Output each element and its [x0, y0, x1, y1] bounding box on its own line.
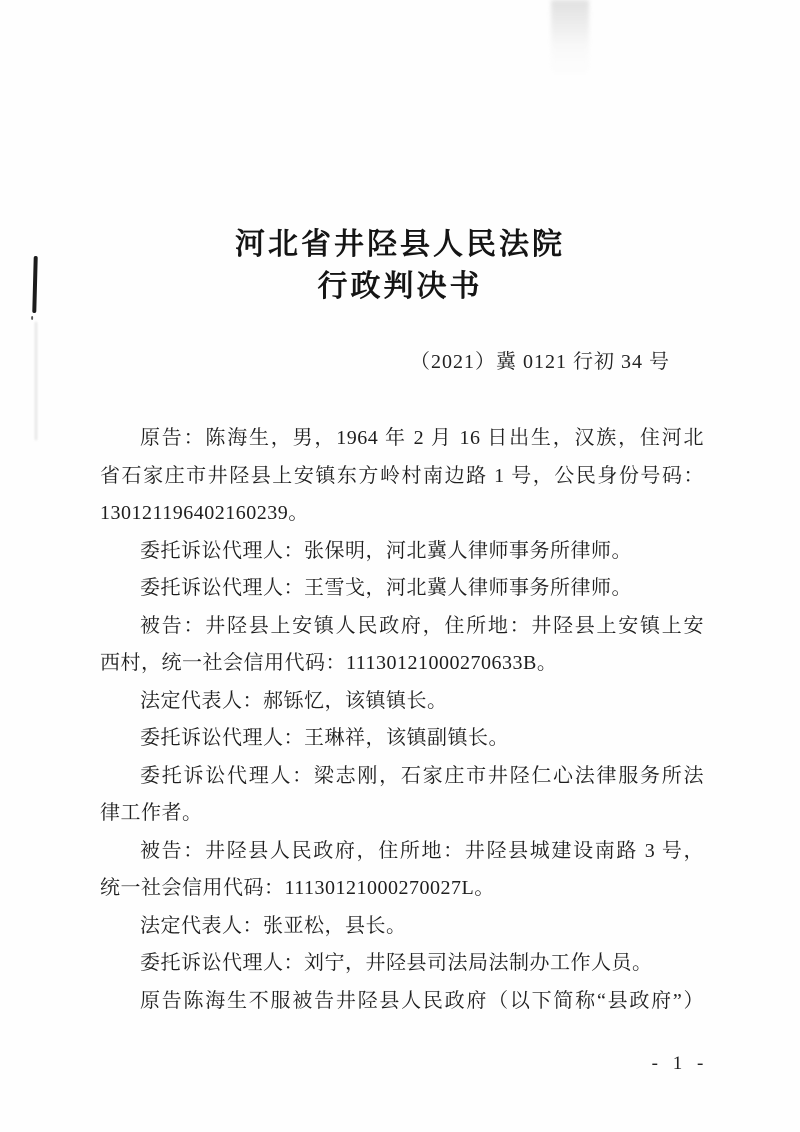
body-line: 130121196402160239。 — [100, 495, 704, 533]
document-body: 原告：陈海生，男，1964 年 2 月 16 日出生，汉族，住河北 省石家庄市井… — [100, 420, 704, 1020]
binding-shadow-artifact — [35, 322, 37, 440]
body-line: 原告陈海生不服被告井陉县人民政府（以下简称“县政府”） — [100, 983, 704, 1021]
court-name: 河北省井陉县人民法院 — [0, 224, 800, 266]
case-number: （2021）冀 0121 行初 34 号 — [410, 348, 670, 376]
body-line: 省石家庄市井陉县上安镇东方岭村南边路 1 号，公民身份号码： — [100, 458, 704, 496]
body-line: 律工作者。 — [100, 795, 704, 833]
page-number: - 1 - — [638, 1053, 722, 1075]
body-line: 委托诉讼代理人：王雪戈，河北冀人律师事务所律师。 — [100, 570, 704, 608]
body-line: 委托诉讼代理人：张保明，河北冀人律师事务所律师。 — [100, 533, 704, 571]
body-line: 被告：井陉县上安镇人民政府，住所地：井陉县上安镇上安 — [100, 608, 704, 646]
body-line: 委托诉讼代理人：刘宁，井陉县司法局法制办工作人员。 — [100, 945, 704, 983]
body-line: 原告：陈海生，男，1964 年 2 月 16 日出生，汉族，住河北 — [100, 420, 704, 458]
body-line: 法定代表人：张亚松，县长。 — [100, 908, 704, 946]
document-type: 行政判决书 — [0, 266, 800, 308]
body-line: 被告：井陉县人民政府，住所地：井陉县城建设南路 3 号， — [100, 833, 704, 871]
body-line: 委托诉讼代理人：王琳祥，该镇副镇长。 — [100, 720, 704, 758]
body-line: 统一社会信用代码：11130121000270027L。 — [100, 870, 704, 908]
scanned-document-page: 河北省井陉县人民法院 行政判决书 （2021）冀 0121 行初 34 号 原告… — [0, 0, 800, 1132]
body-line: 法定代表人：郝铄忆，该镇镇长。 — [100, 683, 704, 721]
body-line: 西村，统一社会信用代码：11130121000270633B。 — [100, 645, 704, 683]
document-title: 河北省井陉县人民法院 行政判决书 — [0, 224, 800, 308]
body-line: 委托诉讼代理人：梁志刚，石家庄市井陉仁心法律服务所法 — [100, 758, 704, 796]
scan-smudge-artifact — [551, 0, 589, 78]
